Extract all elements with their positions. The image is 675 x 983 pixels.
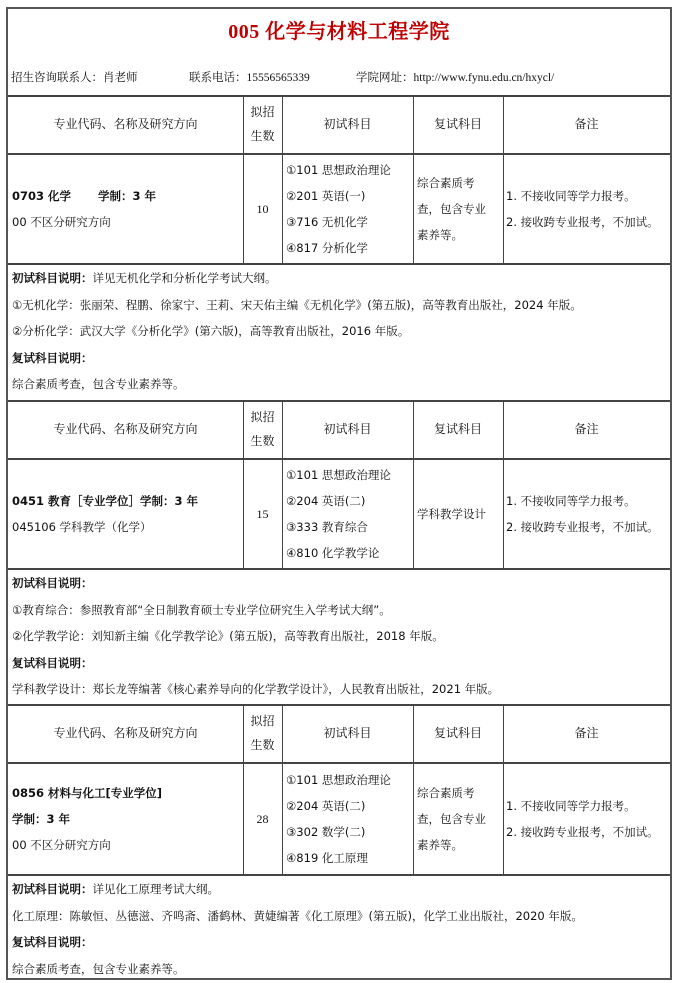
major-cell: 0703 化学 学制：3 年 00 不区分研究方向 (12, 155, 242, 263)
exam-notes: 初试科目说明：详见化工原理考试大纲。 化工原理：陈敏恒、丛德滋、齐鸣斋、潘鹤林、… (12, 876, 583, 982)
header-major: 专业代码、名称及研究方向 (8, 400, 243, 458)
exam-notes: 初试科目说明：详见无机化学和分析化学考试大纲。 ①无机化学：张丽荣、程鹏、徐家宁… (12, 265, 582, 398)
prelim-subjects-cell: ①101 思想政治理论 ②201 英语(一) ③716 无机化学 ④817 分析… (286, 155, 412, 263)
remarks-cell: 1. 不接收同等学力报考。 2. 接收跨专业报考，不加试。 (506, 460, 670, 568)
header-major: 专业代码、名称及研究方向 (8, 704, 243, 762)
header-retest: 复试科目 (413, 400, 503, 458)
header-prelim: 初试科目 (282, 400, 413, 458)
header-remarks: 备注 (503, 704, 670, 762)
page-title: 005 化学与材料工程学院 (8, 15, 670, 44)
contact-phone: 联系电话：15556565339 (189, 69, 356, 85)
contact-person: 招生咨询联系人：肖老师 (11, 69, 189, 85)
major-cell: 0856 材料与化工[专业学位] 学制：3 年 00 不区分研究方向 (12, 764, 242, 874)
header-major: 专业代码、名称及研究方向 (8, 95, 243, 153)
retest-cell: 学科教学设计 (417, 460, 502, 568)
admissions-sheet: 005 化学与材料工程学院 招生咨询联系人：肖老师联系电话：1555656533… (6, 7, 672, 980)
remarks-cell: 1. 不接收同等学力报考。 2. 接收跨专业报考，不加试。 (506, 764, 670, 874)
phone-number: 15556565339 (247, 72, 310, 84)
website-link[interactable]: http://www.fynu.edu.cn/hxycl/ (414, 72, 555, 84)
quota-cell: 15 (243, 460, 282, 568)
contact-info: 招生咨询联系人：肖老师联系电话：15556565339学院网址：http://w… (11, 69, 554, 85)
retest-cell: 综合素质考 查，包含专业 素养等。 (417, 155, 502, 263)
quota-cell: 28 (243, 764, 282, 874)
retest-cell: 综合素质考 查，包含专业 素养等。 (417, 764, 502, 874)
header-remarks: 备注 (503, 400, 670, 458)
header-quota: 拟招生数 (243, 95, 282, 153)
header-prelim: 初试科目 (282, 95, 413, 153)
header-quota: 拟招生数 (243, 400, 282, 458)
header-prelim: 初试科目 (282, 704, 413, 762)
prelim-subjects-cell: ①101 思想政治理论 ②204 英语(二) ③333 教育综合 ④810 化学… (286, 460, 412, 568)
remarks-cell: 1. 不接收同等学力报考。 2. 接收跨专业报考，不加试。 (506, 155, 670, 263)
header-retest: 复试科目 (413, 704, 503, 762)
contact-website: 学院网址：http://www.fynu.edu.cn/hxycl/ (356, 69, 554, 85)
major-cell: 0451 教育［专业学位］学制：3 年 045106 学科教学（化学） (12, 460, 242, 568)
header-retest: 复试科目 (413, 95, 503, 153)
header-quota: 拟招生数 (243, 704, 282, 762)
exam-notes: 初试科目说明： ①教育综合：参照教育部“全日制教育硕士专业学位研究生入学考试大纲… (12, 570, 499, 703)
prelim-subjects-cell: ①101 思想政治理论 ②204 英语(二) ③302 数学(二) ④819 化… (286, 764, 412, 874)
header-remarks: 备注 (503, 95, 670, 153)
quota-cell: 10 (243, 155, 282, 263)
